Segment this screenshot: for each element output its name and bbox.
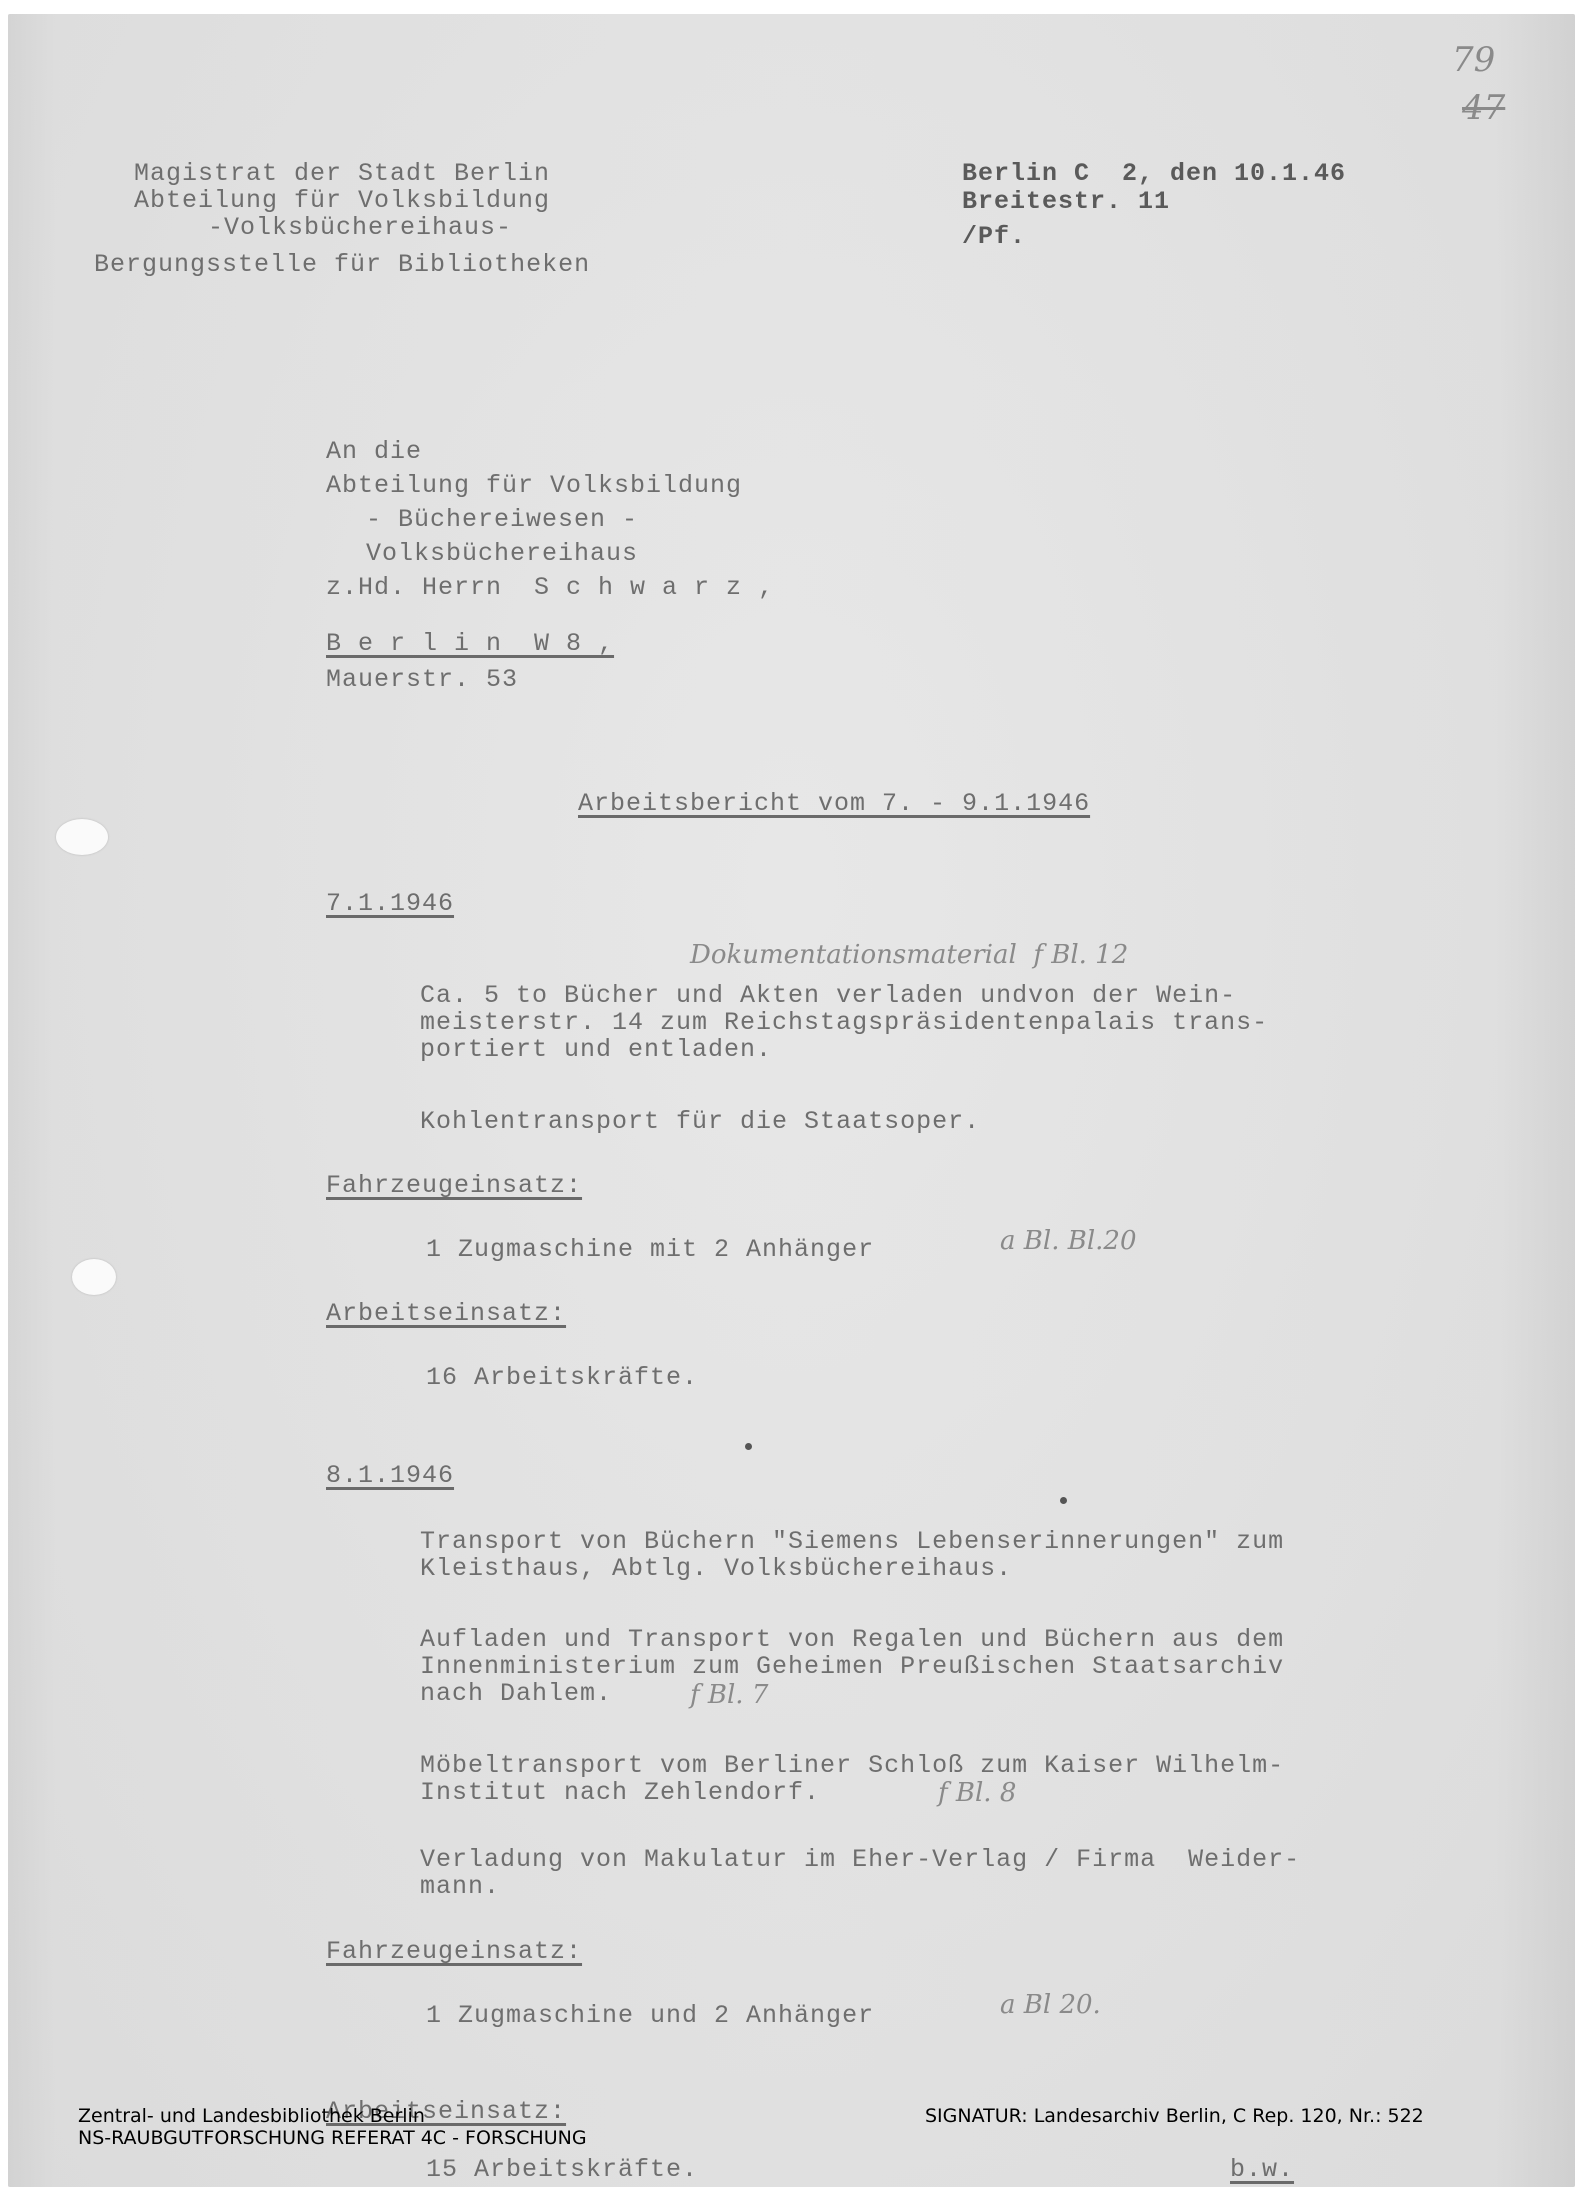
recipient-line-2: Abteilung für Volksbildung	[326, 472, 742, 499]
folio-number-bottom: 47	[1462, 88, 1505, 128]
day-2-date: 8.1.1946	[326, 1462, 454, 1489]
day-1-vehicles: 1 Zugmaschine mit 2 Anhänger	[426, 1236, 874, 1263]
recipient-city: B e r l i n W 8 ,	[326, 630, 614, 657]
day-1-vehicles-note: a Bl. Bl.20	[1000, 1226, 1137, 1256]
day-2-workers: 15 Arbeitskräfte.	[426, 2156, 698, 2183]
ink-speck	[1060, 1497, 1067, 1504]
recipient-line-1: An die	[326, 438, 422, 465]
day-2-paragraph-1: Transport von Büchern "Siemens Lebenseri…	[420, 1528, 1284, 1582]
day-1-workers-heading: Arbeitseinsatz:	[326, 1300, 566, 1327]
day-2-paragraph-2: Aufladen und Transport von Regalen und B…	[420, 1626, 1284, 1707]
sender-line-1: Magistrat der Stadt Berlin	[134, 160, 550, 187]
day-1-date: 7.1.1946	[326, 890, 454, 917]
day-1-paragraph-2: Kohlentransport für die Staatsoper.	[420, 1108, 980, 1135]
day-2-vehicles-heading: Fahrzeugeinsatz:	[326, 1938, 582, 1965]
day-1-workers: 16 Arbeitskräfte.	[426, 1364, 698, 1391]
day-2-paragraph-3: Möbeltransport vom Berliner Schloß zum K…	[420, 1752, 1284, 1806]
punch-hole-bottom	[72, 1259, 116, 1295]
day-2-paragraph-3-note: f Bl. 8	[938, 1778, 1016, 1808]
footer-department: NS-RAUBGUTFORSCHUNG REFERAT 4C - FORSCHU…	[78, 2127, 587, 2149]
sender-line-3: -Volksbüchereihaus-	[208, 214, 512, 241]
day-1-paragraph-1: Ca. 5 to Bücher und Akten verladen undvo…	[420, 982, 1268, 1063]
footer-signature: SIGNATUR: Landesarchiv Berlin, C Rep. 12…	[925, 2105, 1424, 2127]
day-1-vehicles-heading: Fahrzeugeinsatz:	[326, 1172, 582, 1199]
recipient-line-3: - Büchereiwesen -	[366, 506, 638, 533]
sender-line-4: Bergungsstelle für Bibliotheken	[94, 251, 590, 278]
recipient-line-5: z.Hd. Herrn S c h w a r z ,	[326, 574, 774, 601]
recipient-street: Mauerstr. 53	[326, 666, 518, 693]
day-1-handwritten-note: Dokumentationsmaterial f Bl. 12	[690, 940, 1128, 970]
ink-speck	[745, 1443, 752, 1450]
footer-library: Zentral- und Landesbibliothek Berlin	[78, 2105, 425, 2127]
continuation-mark: b.w.	[1230, 2156, 1294, 2183]
folio-number-top: 79	[1452, 40, 1495, 80]
place-date: Berlin C 2, den 10.1.46	[962, 160, 1346, 187]
day-2-vehicles: 1 Zugmaschine und 2 Anhänger	[426, 2002, 874, 2029]
street-address: Breitestr. 11	[962, 188, 1170, 215]
day-2-paragraph-2-note: f Bl. 7	[690, 1680, 768, 1710]
punch-hole-top	[56, 819, 108, 855]
day-2-vehicles-note: a Bl 20.	[1000, 1990, 1101, 2020]
report-title: Arbeitsbericht vom 7. - 9.1.1946	[578, 790, 1090, 817]
day-2-paragraph-4: Verladung von Makulatur im Eher-Verlag /…	[420, 1846, 1300, 1900]
reference-mark: /Pf.	[962, 223, 1026, 250]
sender-line-2: Abteilung für Volksbildung	[134, 187, 550, 214]
recipient-line-4: Volksbüchereihaus	[366, 540, 638, 567]
